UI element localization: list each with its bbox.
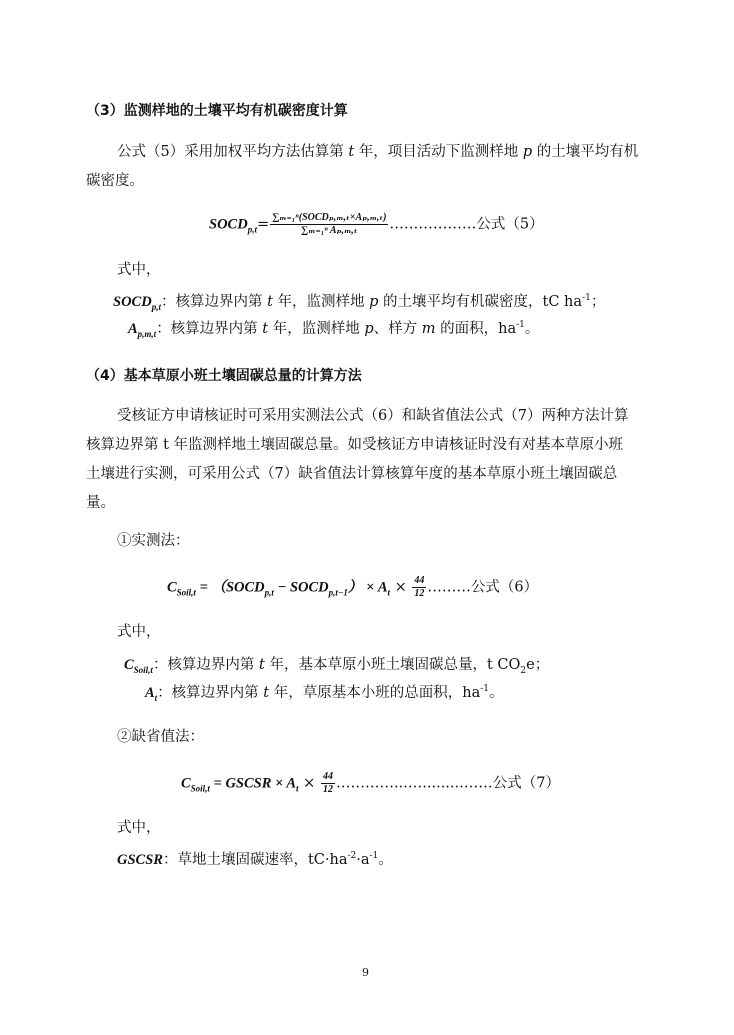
- superscript: -1: [370, 851, 379, 861]
- formula-part: − SOCD: [274, 580, 329, 596]
- leader-dots: …………...….........……: [336, 776, 493, 792]
- definition-gscsr: GSCSR：草地土壤固碳速率，tC·ha-2·a-1。: [117, 850, 393, 870]
- fraction: ∑ₘ₌₁ⁿ(SOCDₚ,ₘ,ₜ×Aₚ,ₘ,ₜ)∑ₘ₌₁ⁿ Aₚ,ₘ,ₜ: [270, 212, 388, 237]
- text: 、样方: [374, 321, 422, 337]
- symbol-sub: p,m,t: [138, 329, 157, 339]
- document-page: （3）监测样地的土壤平均有机碳密度计算 公式（5）采用加权平均方法估算第 t 年…: [0, 0, 734, 1035]
- method-2-label: ②缺省值法：: [117, 727, 204, 747]
- text: 。: [489, 685, 504, 701]
- denominator: ∑ₘ₌₁ⁿ Aₚ,ₘ,ₜ: [270, 225, 388, 237]
- formula-part: ） × A: [348, 580, 388, 596]
- formula-6: CSoil,t = （SOCDp,t − SOCDp,t−1） × At × 4…: [167, 575, 538, 600]
- where-label: 式中，: [117, 622, 161, 642]
- paragraph-line: 受核证方申请核证时可采用实测法公式（6）和缺省值法公式（7）两种方法计算: [117, 406, 628, 426]
- superscript: -1: [516, 320, 525, 330]
- definition-at: At：核算边界内第 t 年，草原基本小班的总面积，ha-1。: [145, 683, 504, 703]
- symbol-sub: p,t: [152, 302, 161, 312]
- text: ；: [591, 294, 606, 310]
- var-p: p: [369, 294, 378, 310]
- definition-apmt: Ap,m,t：核算边界内第 t 年，监测样地 p、样方 m 的面积，ha-1。: [128, 319, 539, 339]
- formula-label: 公式（6）: [471, 580, 538, 596]
- numerator: ∑ₘ₌₁ⁿ(SOCDₚ,ₘ,ₜ×Aₚ,ₘ,ₜ): [270, 212, 388, 225]
- definition-csoil: CSoil,t：核算边界内第 t 年，基本草原小班土壤固碳总量，t CO2e；: [124, 655, 549, 675]
- times: ×: [390, 580, 411, 596]
- fraction: 4412: [321, 771, 335, 796]
- formula-5: SOCDp,t=∑ₘ₌₁ⁿ(SOCDₚ,ₘ,ₜ×Aₚ,ₘ,ₜ)∑ₘ₌₁ⁿ Aₚ,…: [209, 212, 544, 237]
- paragraph-line: 公式（5）采用加权平均方法估算第 t 年，项目活动下监测样地 p 的土壤平均有机: [117, 142, 638, 162]
- formula-lhs: SOCD: [209, 217, 248, 233]
- text: ·a: [356, 852, 369, 868]
- symbol: A: [128, 321, 138, 337]
- paragraph-line: 土壤进行实测，可采用公式（7）缺省值法计算核算年度的基本草原小班土壤固碳总: [86, 464, 617, 484]
- paragraph-line: 核算边界第 t 年监测样地土壤固碳总量。如受核证方申请核证时没有对基本草原小班: [86, 435, 623, 455]
- times: ×: [299, 776, 320, 792]
- text: 年，监测样地: [268, 321, 364, 337]
- section-heading-4: （4）基本草原小班土壤固碳总量的计算方法: [86, 366, 362, 386]
- text: ：核算边界内第: [157, 685, 263, 701]
- text: 的土壤平均有机: [532, 144, 638, 160]
- section-heading-3: （3）监测样地的土壤平均有机碳密度计算: [86, 101, 348, 121]
- var-m: m: [422, 321, 436, 337]
- paragraph-line: 量。: [86, 493, 115, 513]
- formula-part: = GSCSR × A: [210, 776, 296, 792]
- text: 。: [525, 321, 540, 337]
- numerator: 44: [321, 771, 335, 784]
- text: ：草地土壤固碳速率，tC·ha: [163, 852, 348, 868]
- formula-lhs: C: [167, 580, 177, 596]
- where-label: 式中，: [117, 260, 161, 280]
- text: 。: [378, 852, 393, 868]
- formula-lhs: C: [181, 776, 191, 792]
- paragraph-line: 碳密度。: [86, 171, 144, 191]
- text: ：核算边界内第: [153, 657, 259, 673]
- symbol: C: [124, 657, 134, 673]
- text: 的土壤平均有机碳密度，tC ha: [378, 294, 582, 310]
- text: ：核算边界内第: [161, 294, 267, 310]
- formula-lhs-sub: p,t: [248, 224, 257, 234]
- var-p: p: [523, 144, 532, 160]
- where-label: 式中，: [117, 818, 161, 838]
- definition-socd: SOCDp,t：核算边界内第 t 年，监测样地 p 的土壤平均有机碳密度，tC …: [113, 292, 605, 312]
- superscript: -1: [582, 293, 591, 303]
- equals: =: [257, 217, 269, 233]
- superscript: -2: [347, 851, 356, 861]
- leader-dots: ………………: [389, 217, 476, 233]
- symbol: A: [145, 685, 155, 701]
- formula-label: 公式（5）: [476, 217, 543, 233]
- denominator: 12: [321, 784, 335, 796]
- formula-lhs-sub: Soil,t: [177, 587, 196, 597]
- text: 年，项目活动下监测样地: [354, 144, 523, 160]
- subscript: p,t: [265, 587, 274, 597]
- symbol-sub: Soil,t: [134, 665, 153, 675]
- method-1-label: ①实测法：: [117, 531, 190, 551]
- superscript: -1: [480, 684, 489, 694]
- text: ：核算边界内第: [156, 321, 262, 337]
- formula-lhs-sub: Soil,t: [191, 783, 210, 793]
- fraction: 4412: [412, 575, 426, 600]
- var-p: p: [364, 321, 373, 337]
- symbol: SOCD: [113, 294, 152, 310]
- formula-part: = （SOCD: [196, 580, 265, 596]
- subscript: p,t−1: [329, 587, 348, 597]
- page-number: 9: [362, 966, 369, 979]
- text: 公式（5）采用加权平均方法估算第: [117, 144, 348, 160]
- leader-dots: ………: [427, 580, 471, 596]
- text: 年，基本草原小班土壤固碳总量，t CO: [265, 657, 521, 673]
- text: 的面积，ha: [436, 321, 517, 337]
- text: 年，监测样地: [273, 294, 369, 310]
- symbol: GSCSR: [117, 852, 163, 868]
- text: e；: [526, 657, 549, 673]
- formula-label: 公式（7）: [493, 776, 560, 792]
- numerator: 44: [412, 575, 426, 588]
- denominator: 12: [412, 588, 426, 600]
- text: 年，草原基本小班的总面积，ha: [269, 685, 480, 701]
- formula-7: CSoil,t = GSCSR × At × 4412…………...….....…: [181, 771, 560, 796]
